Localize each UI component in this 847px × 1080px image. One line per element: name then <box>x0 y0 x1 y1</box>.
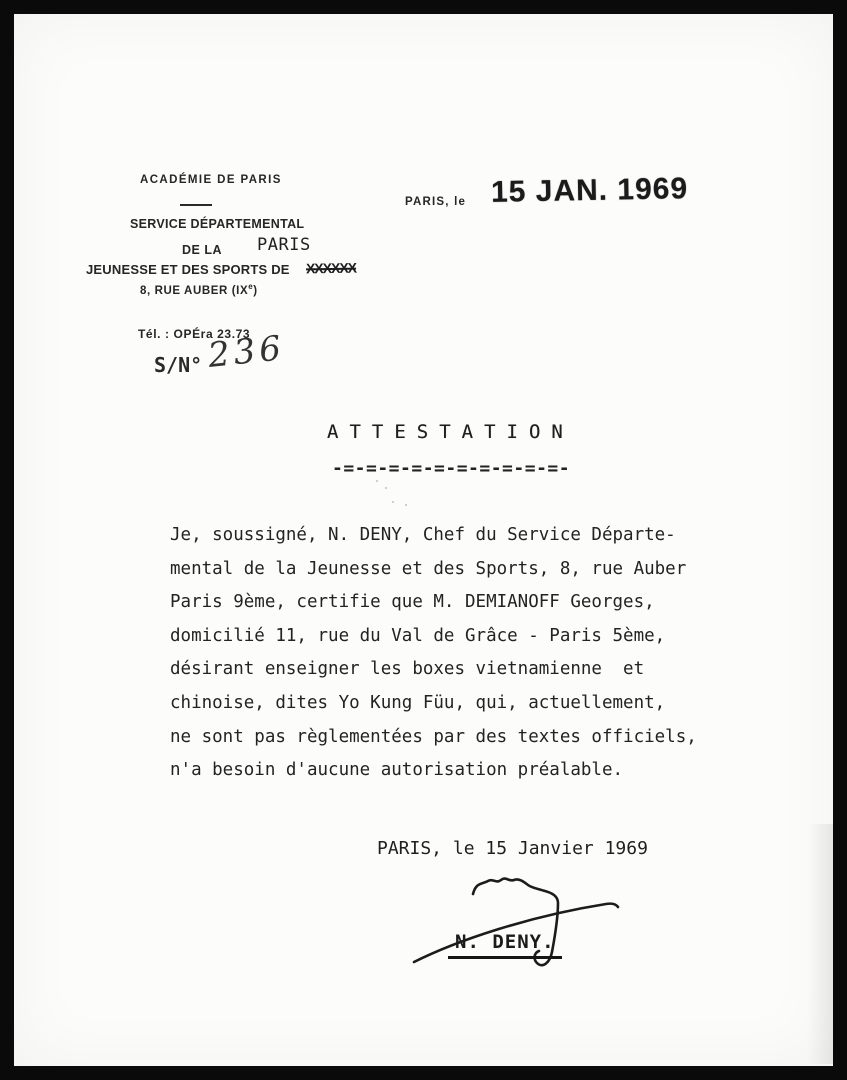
address-close: ) <box>253 285 257 297</box>
scan-speck <box>405 504 407 506</box>
attestation-title: ATTESTATION <box>327 421 574 443</box>
typed-city-correction: PARIS <box>257 235 311 255</box>
signatory-underline <box>448 956 562 959</box>
document-page: ACADÉMIE DE PARIS SERVICE DÉPARTEMENTAL … <box>14 14 833 1066</box>
date-stamp: 15 JAN. 1969 <box>491 172 689 210</box>
signatory-name: N. DENY. <box>455 931 555 953</box>
serial-number-handwritten: 236 <box>206 328 287 376</box>
scan-shadow <box>807 824 833 1064</box>
struck-out-text: XXXXXX <box>306 260 356 277</box>
dateline-place: PARIS, le <box>405 196 466 208</box>
signature-scrawl <box>410 868 636 984</box>
address-text: 8, RUE AUBER (IX <box>140 285 248 297</box>
body-line: ne sont pas règlementées par des textes … <box>170 721 697 755</box>
body-paragraph: Je, soussigné, N. DENY, Chef du Service … <box>170 519 697 788</box>
scan-speck <box>376 480 378 482</box>
title-decorative-rule: -=-=-=-=-=-=-=-=-=-=- <box>332 458 570 479</box>
academy-name: ACADÉMIE DE PARIS <box>140 174 282 186</box>
body-line: désirant enseigner les boxes vietnamienn… <box>170 653 697 687</box>
body-line: Je, soussigné, N. DENY, Chef du Service … <box>170 519 697 553</box>
address-line: 8, RUE AUBER (IXe) <box>140 282 258 297</box>
body-line: chinoise, dites Yo Kung Füu, qui, actuel… <box>170 687 697 721</box>
letterhead-divider <box>180 204 212 206</box>
service-name-line-3: JEUNESSE ET DES SPORTS DE <box>86 262 290 277</box>
closing-date-line: PARIS, le 15 Janvier 1969 <box>377 838 648 859</box>
body-line: domicilié 11, rue du Val de Grâce - Pari… <box>170 620 697 654</box>
body-line: n'a besoin d'aucune autorisation préalab… <box>170 754 697 788</box>
photo-frame: ACADÉMIE DE PARIS SERVICE DÉPARTEMENTAL … <box>0 0 847 1080</box>
scan-speck <box>385 487 387 489</box>
body-line: mental de la Jeunesse et des Sports, 8, … <box>170 553 697 587</box>
serial-number-label: S/N° <box>154 353 202 377</box>
service-name-line-1: SERVICE DÉPARTEMENTAL <box>130 217 304 231</box>
service-name-line-2: DE LA <box>182 243 222 257</box>
scan-speck <box>392 501 394 503</box>
body-line: Paris 9ème, certifie que M. DEMIANOFF Ge… <box>170 586 697 620</box>
